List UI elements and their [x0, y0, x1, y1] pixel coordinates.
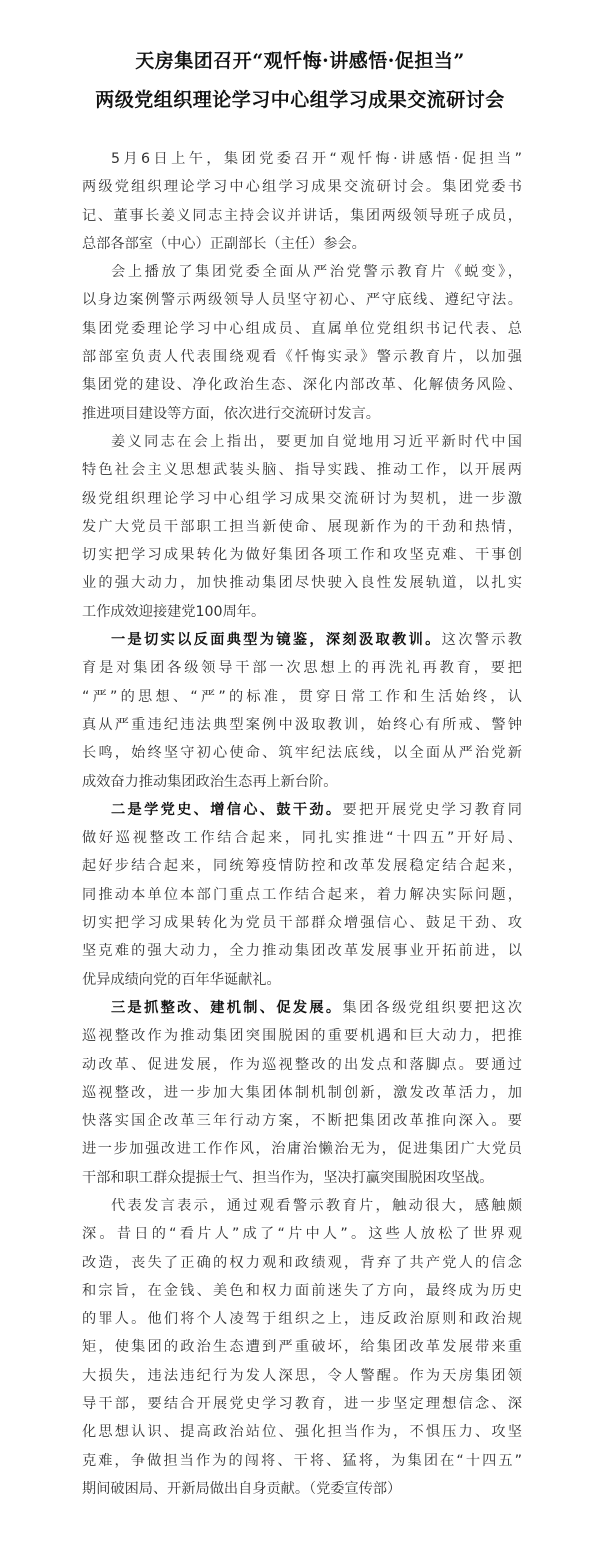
point-heading: 一是切实以反面典型为镜鉴，深刻汲取教训。 — [111, 632, 442, 648]
text-line: 巡视整改，进一步加大集团体制机制创新，激发改革活力，加 — [82, 1079, 522, 1107]
paragraph-film-screening: 会上播放了集团党委全面从严治党警示教育片《蜕变》， 以身边案例警示两级领导人员坚… — [82, 258, 522, 428]
text-line: 代表发言表示，通过观看警示教育片，触动很大，感触颇 — [82, 1192, 522, 1220]
article-title-line-1: 天房集团召开“观忏悔·讲感悟·促担当” — [0, 46, 600, 73]
text-line: 导干部，要结合开展党史学习教育，进一步坚定理想信念、深 — [82, 1390, 522, 1418]
text-line: 改造，丧失了正确的权力观和政绩观，背弃了共产党人的信念 — [82, 1249, 522, 1277]
text-line: 姜义同志在会上指出，要更加自觉地用习近平新时代中国 — [82, 428, 522, 456]
text-line: 以身边案例警示两级领导人员坚守初心、严守底线、遵纪守法。 — [82, 286, 522, 314]
text-line: 工作成效迎接建党100周年。 — [82, 598, 522, 626]
text-line: 干部和职工群众提振士气、担当作为，坚决打赢突围脱困攻坚战。 — [82, 1164, 522, 1192]
text-line: 动改革、促进发展，作为巡视整改的出发点和落脚点。要通过 — [82, 1051, 522, 1079]
point-heading: 二是学党史、增信心、鼓干劲。 — [111, 802, 342, 818]
text-line: 切实把学习成果转化为做好集团各项工作和攻坚克难、干事创 — [82, 541, 522, 569]
text-line: 成效奋力推动集团政治生态再上新台阶。 — [82, 768, 522, 796]
text-line: 矩，使集团的政治生态遭到严重破坏，给集团改革发展带来重 — [82, 1333, 522, 1361]
text-line: 特色社会主义思想武装头脑、指导实践、推动工作，以开展两 — [82, 456, 522, 484]
text-line: 真从严重违纪违法典型案例中汲取教训，始终心有所戒、警钟 — [82, 711, 522, 739]
text-line: 和宗旨，在金钱、美色和权力面前迷失了方向，最终成为历史 — [82, 1277, 522, 1305]
text-line: 一是切实以反面典型为镜鉴，深刻汲取教训。这次警示教 — [82, 626, 522, 654]
text-line: 化思想认识、提高政治站位、强化担当作为，不惧压力、攻坚 — [82, 1418, 522, 1446]
text-line: 二是学党史、增信心、鼓干劲。要把开展党史学习教育同 — [82, 796, 522, 824]
text-line: 巡视整改作为推动集团突围脱困的重要机遇和巨大动力，把推 — [82, 1022, 522, 1050]
text-line: 克难，争做担当作为的闯将、干将、猛将，为集团在“十四五” — [82, 1447, 522, 1475]
text-line: 两级党组织理论学习中心组学习成果交流研讨会。集团党委书 — [82, 173, 522, 201]
article-page: 天房集团召开“观忏悔·讲感悟·促担当” 两级党组织理论学习中心组学习成果交流研讨… — [0, 0, 600, 1545]
text-segment: 集团各级党组织要把这次 — [342, 1000, 522, 1016]
text-line: “严”的思想、“严”的标准，贯穿日常工作和生活始终，认 — [82, 683, 522, 711]
text-line: 做好巡视整改工作结合起来，同扎实推进“十四五”开好局、 — [82, 824, 522, 852]
text-line: 进一步加强改进工作作风，治庸治懒治无为，促进集团广大党员 — [82, 1135, 522, 1163]
text-line: 总部各部室（中心）正副部长（主任）参会。 — [82, 230, 522, 258]
text-line: 部部室负责人代表围绕观看《忏悔实录》警示教育片，以加强 — [82, 343, 522, 371]
text-line: 发广大党员干部职工担当新使命、展现新作为的干劲和热情， — [82, 513, 522, 541]
text-line: 育是对集团各级领导干部一次思想上的再洗礼再教育，要把 — [82, 654, 522, 682]
paragraph-point-two: 二是学党史、增信心、鼓干劲。要把开展党史学习教育同 做好巡视整改工作结合起来，同… — [82, 796, 522, 994]
text-segment: 这次警示教 — [442, 632, 522, 648]
text-line: 的罪人。他们将个人凌驾于组织之上，违反政治原则和政治规 — [82, 1305, 522, 1333]
text-line: 三是抓整改、建机制、促发展。集团各级党组织要把这次 — [82, 994, 522, 1022]
paragraph-representatives-remarks: 代表发言表示，通过观看警示教育片，触动很大，感触颇 深。昔日的“看片人”成了“片… — [82, 1192, 522, 1503]
point-heading: 三是抓整改、建机制、促发展。 — [111, 1000, 342, 1016]
text-line: 起好步结合起来，同统筹疫情防控和改革发展稳定结合起来， — [82, 852, 522, 880]
text-line: 期间破困局、开新局做出自身贡献。（党委宣传部） — [82, 1475, 522, 1503]
article-body: 5月6日上午，集团党委召开“观忏悔·讲感悟·促担当” 两级党组织理论学习中心组学… — [82, 145, 522, 1503]
paragraph-point-three: 三是抓整改、建机制、促发展。集团各级党组织要把这次 巡视整改作为推动集团突围脱困… — [82, 994, 522, 1192]
paragraph-point-one: 一是切实以反面典型为镜鉴，深刻汲取教训。这次警示教 育是对集团各级领导干部一次思… — [82, 626, 522, 796]
paragraph-meeting-intro: 5月6日上午，集团党委召开“观忏悔·讲感悟·促担当” 两级党组织理论学习中心组学… — [82, 145, 522, 258]
text-segment: 要把开展党史学习教育同 — [342, 802, 522, 818]
text-line: 长鸣，始终坚守初心使命、筑牢纪法底线，以全面从严治党新 — [82, 739, 522, 767]
text-line: 快落实国企改革三年行动方案，不断把集团改革推向深入。要 — [82, 1107, 522, 1135]
text-line: 5月6日上午，集团党委召开“观忏悔·讲感悟·促担当” — [82, 145, 522, 173]
text-line: 同推动本单位本部门重点工作结合起来，着力解决实际问题， — [82, 881, 522, 909]
text-line: 会上播放了集团党委全面从严治党警示教育片《蜕变》， — [82, 258, 522, 286]
paragraph-leader-remarks: 姜义同志在会上指出，要更加自觉地用习近平新时代中国 特色社会主义思想武装头脑、指… — [82, 428, 522, 626]
text-line: 大损失，违法违纪行为发人深思，令人警醒。作为天房集团领 — [82, 1362, 522, 1390]
text-line: 记、董事长姜义同志主持会议并讲话，集团两级领导班子成员， — [82, 202, 522, 230]
text-line: 业的强大动力，加快推动集团尽快驶入良性发展轨道，以扎实 — [82, 569, 522, 597]
text-line: 深。昔日的“看片人”成了“片中人”。这些人放松了世界观 — [82, 1220, 522, 1248]
text-line: 切实把学习成果转化为党员干部群众增强信心、鼓足干劲、攻 — [82, 909, 522, 937]
text-line: 级党组织理论学习中心组学习成果交流研讨为契机，进一步激 — [82, 485, 522, 513]
text-line: 优异成绩向党的百年华诞献礼。 — [82, 966, 522, 994]
article-title-line-2: 两级党组织理论学习中心组学习成果交流研讨会 — [0, 85, 600, 112]
text-line: 推进项目建设等方面，依次进行交流研讨发言。 — [82, 400, 522, 428]
text-line: 集团党的建设、净化政治生态、深化内部改革、化解债务风险、 — [82, 371, 522, 399]
text-line: 集团党委理论学习中心组成员、直属单位党组织书记代表、总 — [82, 315, 522, 343]
text-line: 坚克难的强大动力，全力推动集团改革发展事业开拓前进，以 — [82, 937, 522, 965]
